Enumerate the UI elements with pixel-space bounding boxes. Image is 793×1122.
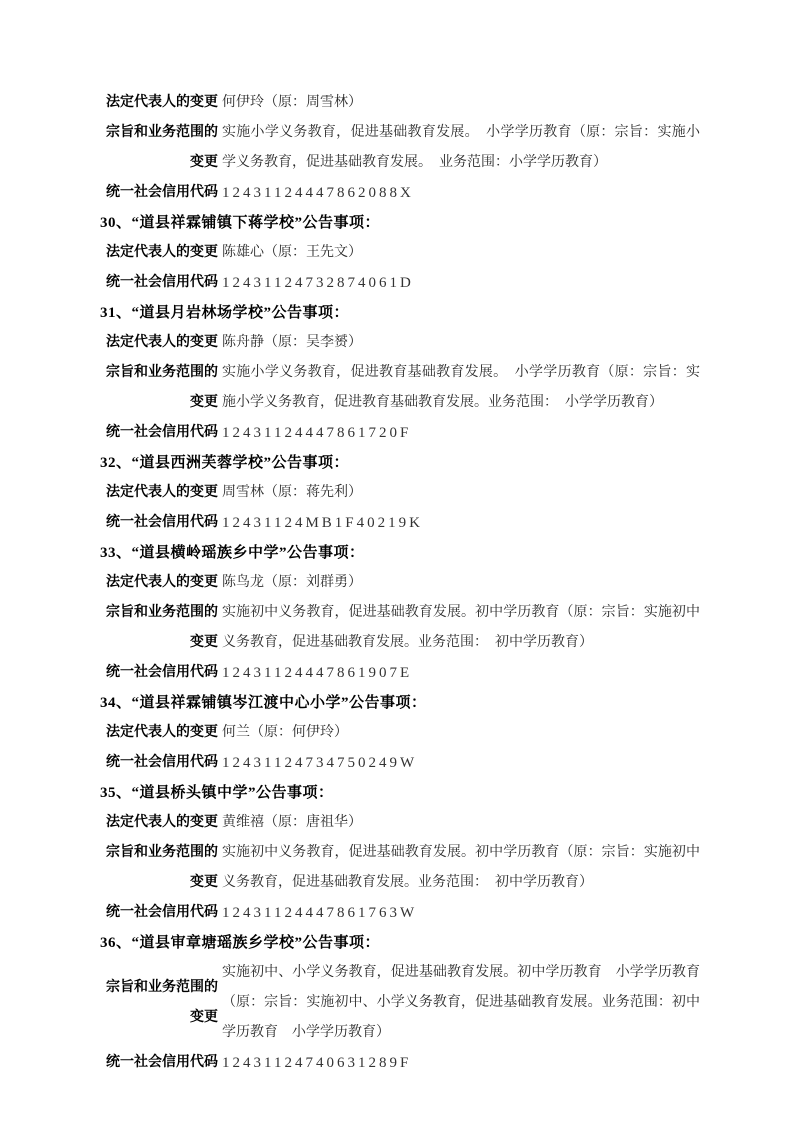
- field-row: 法定代表人的变更 陈雄心（原：王先文）: [100, 238, 700, 268]
- field-row: 法定代表人的变更 黄维禧（原：唐祖华）: [100, 808, 700, 838]
- announcement-entry: 34、“道县祥霖铺镇岑江渡中心小学”公告事项： 法定代表人的变更 何兰（原：何伊…: [100, 688, 700, 778]
- entry-heading: 31、“道县月岩林场学校”公告事项：: [100, 298, 700, 328]
- field-value: 周雪林（原：蒋先利）: [222, 478, 700, 508]
- field-label: 统一社会信用代码: [100, 508, 218, 538]
- field-label: 法定代表人的变更: [100, 568, 218, 598]
- entry-heading: 36、“道县审章塘瑶族乡学校”公告事项：: [100, 928, 700, 958]
- field-value: 12431124447861907E: [222, 658, 700, 688]
- field-value: 陈雄心（原：王先文）: [222, 238, 700, 268]
- field-row: 统一社会信用代码 12431124447861907E: [100, 658, 700, 688]
- field-value: 12431124740631289F: [222, 1048, 700, 1078]
- field-value: 实施初中义务教育，促进基础教育发展。初中学历教育（原：宗旨：实施初中义务教育，促…: [222, 598, 700, 658]
- entry-rows: 宗旨和业务范围的 变更 实施初中、小学义务教育，促进基础教育发展。初中学历教育 …: [100, 958, 700, 1078]
- field-value: 黄维禧（原：唐祖华）: [222, 808, 700, 838]
- field-label: 统一社会信用代码: [100, 748, 218, 778]
- field-value: 实施小学义务教育，促进基础教育发展。 小学学历教育（原：宗旨：实施小学义务教育，…: [222, 118, 700, 178]
- field-value: 何兰（原：何伊玲）: [222, 718, 700, 748]
- field-label: 统一社会信用代码: [100, 898, 218, 928]
- field-row: 统一社会信用代码 12431124740631289F: [100, 1048, 700, 1078]
- entry-heading: 33、“道县横岭瑶族乡中学”公告事项：: [100, 538, 700, 568]
- field-value: 实施初中、小学义务教育，促进基础教育发展。初中学历教育 小学学历教育（原：宗旨：…: [222, 958, 700, 1048]
- field-row: 法定代表人的变更 陈鸟龙（原：刘群勇）: [100, 568, 700, 598]
- entry-rows: 法定代表人的变更 陈舟静（原：吴李赟） 宗旨和业务范围的 变更 实施小学义务教育…: [100, 328, 700, 448]
- field-value: 12431124MB1F40219K: [222, 508, 700, 538]
- field-row: 统一社会信用代码 12431124732874061D: [100, 268, 700, 298]
- field-label: 法定代表人的变更: [100, 328, 218, 358]
- field-row: 宗旨和业务范围的 变更 实施小学义务教育，促进教育基础教育发展。 小学学历教育（…: [100, 358, 700, 418]
- field-label: 统一社会信用代码: [100, 178, 218, 208]
- field-row: 宗旨和业务范围的 变更 实施小学义务教育，促进基础教育发展。 小学学历教育（原：…: [100, 118, 700, 178]
- field-value: 实施初中义务教育，促进基础教育发展。初中学历教育（原：宗旨：实施初中义务教育，促…: [222, 838, 700, 898]
- field-label: 宗旨和业务范围的 变更: [100, 598, 218, 658]
- entry-rows: 法定代表人的变更 何伊玲（原：周雪林） 宗旨和业务范围的 变更 实施小学义务教育…: [100, 88, 700, 208]
- field-row: 宗旨和业务范围的 变更 实施初中义务教育，促进基础教育发展。初中学历教育（原：宗…: [100, 598, 700, 658]
- field-value: 12431124734750249W: [222, 748, 700, 778]
- field-value: 12431124447861763W: [222, 898, 700, 928]
- announcement-entry: 35、“道县桥头镇中学”公告事项： 法定代表人的变更 黄维禧（原：唐祖华） 宗旨…: [100, 778, 700, 928]
- field-label: 法定代表人的变更: [100, 718, 218, 748]
- field-value: 12431124732874061D: [222, 268, 700, 298]
- field-label: 统一社会信用代码: [100, 1048, 218, 1078]
- field-row: 统一社会信用代码 12431124447861720F: [100, 418, 700, 448]
- field-value: 何伊玲（原：周雪林）: [222, 88, 700, 118]
- field-row: 宗旨和业务范围的 变更 实施初中、小学义务教育，促进基础教育发展。初中学历教育 …: [100, 958, 700, 1048]
- field-value: 实施小学义务教育，促进教育基础教育发展。 小学学历教育（原：宗旨：实施小学义务教…: [222, 358, 700, 418]
- field-label: 法定代表人的变更: [100, 238, 218, 268]
- document-page: 法定代表人的变更 何伊玲（原：周雪林） 宗旨和业务范围的 变更 实施小学义务教育…: [0, 0, 793, 1122]
- field-value: 12431124447862088X: [222, 178, 700, 208]
- field-label: 法定代表人的变更: [100, 808, 218, 838]
- field-row: 法定代表人的变更 何伊玲（原：周雪林）: [100, 88, 700, 118]
- entry-rows: 法定代表人的变更 何兰（原：何伊玲） 统一社会信用代码 124311247347…: [100, 718, 700, 778]
- field-label: 宗旨和业务范围的 变更: [100, 973, 218, 1033]
- entry-rows: 法定代表人的变更 陈鸟龙（原：刘群勇） 宗旨和业务范围的 变更 实施初中义务教育…: [100, 568, 700, 688]
- announcement-entry: 30、“道县祥霖铺镇下蒋学校”公告事项： 法定代表人的变更 陈雄心（原：王先文）…: [100, 208, 700, 298]
- field-row: 统一社会信用代码 12431124447862088X: [100, 178, 700, 208]
- announcement-entry: 36、“道县审章塘瑶族乡学校”公告事项： 宗旨和业务范围的 变更 实施初中、小学…: [100, 928, 700, 1078]
- field-row: 统一社会信用代码 12431124734750249W: [100, 748, 700, 778]
- field-row: 法定代表人的变更 周雪林（原：蒋先利）: [100, 478, 700, 508]
- field-label: 宗旨和业务范围的 变更: [100, 838, 218, 898]
- field-value: 12431124447861720F: [222, 418, 700, 448]
- field-label: 宗旨和业务范围的 变更: [100, 118, 218, 178]
- field-row: 法定代表人的变更 陈舟静（原：吴李赟）: [100, 328, 700, 358]
- announcement-entry: 33、“道县横岭瑶族乡中学”公告事项： 法定代表人的变更 陈鸟龙（原：刘群勇） …: [100, 538, 700, 688]
- entry-rows: 法定代表人的变更 黄维禧（原：唐祖华） 宗旨和业务范围的 变更 实施初中义务教育…: [100, 808, 700, 928]
- field-label: 统一社会信用代码: [100, 658, 218, 688]
- announcement-entry: 31、“道县月岩林场学校”公告事项： 法定代表人的变更 陈舟静（原：吴李赟） 宗…: [100, 298, 700, 448]
- field-row: 统一社会信用代码 12431124MB1F40219K: [100, 508, 700, 538]
- field-value: 陈鸟龙（原：刘群勇）: [222, 568, 700, 598]
- field-row: 宗旨和业务范围的 变更 实施初中义务教育，促进基础教育发展。初中学历教育（原：宗…: [100, 838, 700, 898]
- field-value: 陈舟静（原：吴李赟）: [222, 328, 700, 358]
- field-label: 统一社会信用代码: [100, 268, 218, 298]
- field-label: 法定代表人的变更: [100, 88, 218, 118]
- field-label: 统一社会信用代码: [100, 418, 218, 448]
- announcement-entry: 32、“道县西洲芙蓉学校”公告事项： 法定代表人的变更 周雪林（原：蒋先利） 统…: [100, 448, 700, 538]
- field-row: 法定代表人的变更 何兰（原：何伊玲）: [100, 718, 700, 748]
- field-row: 统一社会信用代码 12431124447861763W: [100, 898, 700, 928]
- announcement-entry: 法定代表人的变更 何伊玲（原：周雪林） 宗旨和业务范围的 变更 实施小学义务教育…: [100, 88, 700, 208]
- field-label: 法定代表人的变更: [100, 478, 218, 508]
- entry-heading: 35、“道县桥头镇中学”公告事项：: [100, 778, 700, 808]
- entry-heading: 30、“道县祥霖铺镇下蒋学校”公告事项：: [100, 208, 700, 238]
- entry-rows: 法定代表人的变更 陈雄心（原：王先文） 统一社会信用代码 12431124732…: [100, 238, 700, 298]
- entry-rows: 法定代表人的变更 周雪林（原：蒋先利） 统一社会信用代码 12431124MB1…: [100, 478, 700, 538]
- entry-heading: 32、“道县西洲芙蓉学校”公告事项：: [100, 448, 700, 478]
- entry-heading: 34、“道县祥霖铺镇岑江渡中心小学”公告事项：: [100, 688, 700, 718]
- field-label: 宗旨和业务范围的 变更: [100, 358, 218, 418]
